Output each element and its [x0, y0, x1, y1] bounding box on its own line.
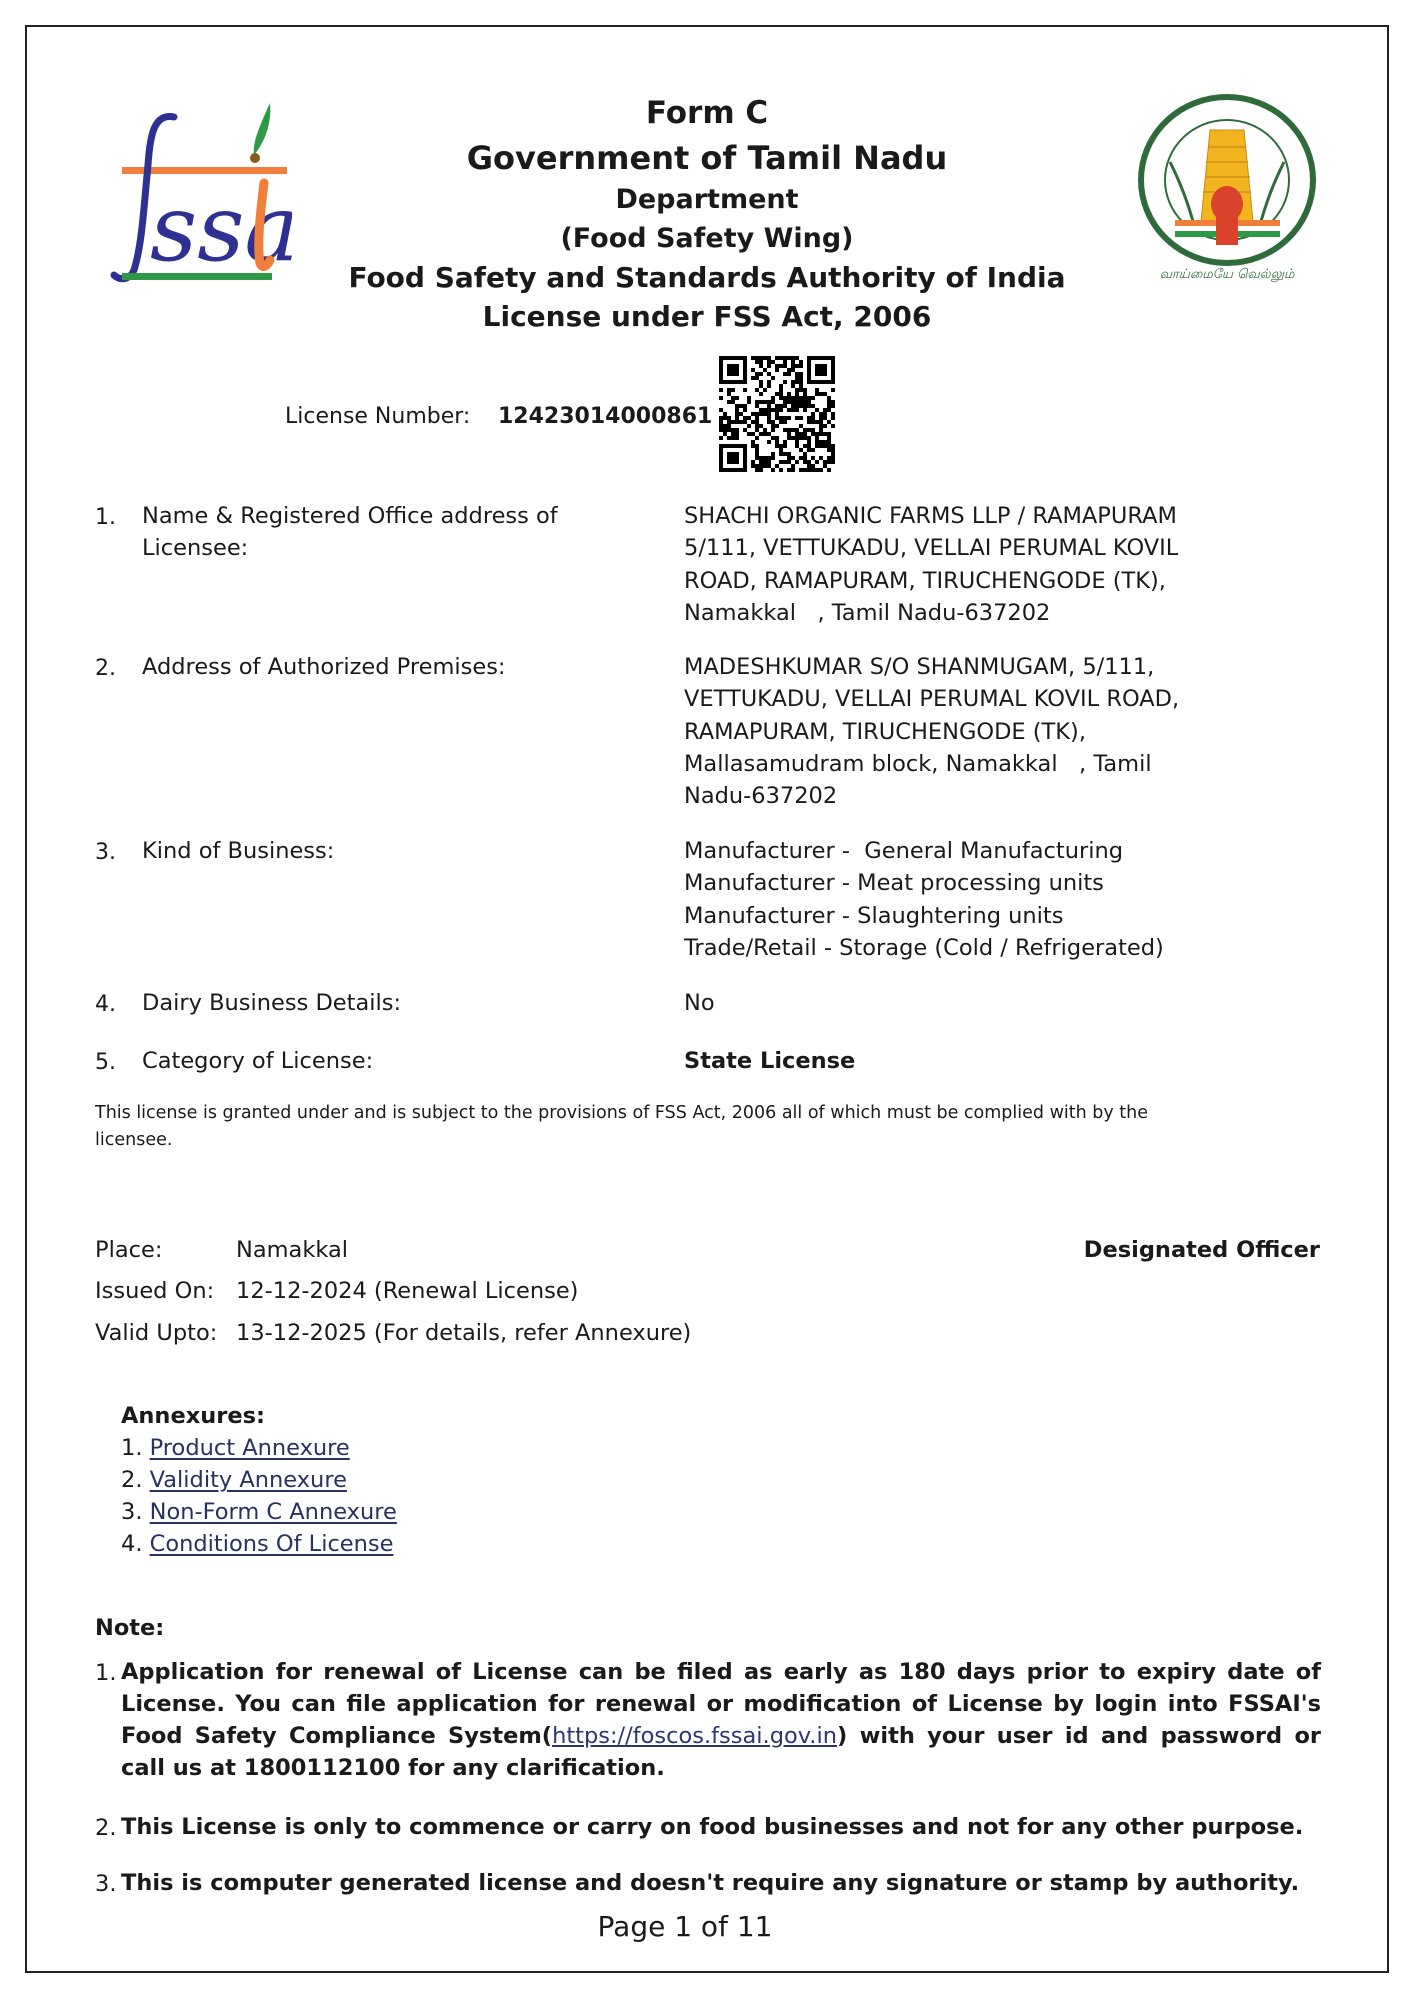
annexure-item-validity: 2. Validity Annexure	[121, 1467, 347, 1493]
conditions-of-license-link[interactable]: Conditions Of License	[150, 1531, 394, 1557]
note-1-number: 1.	[95, 1660, 116, 1686]
note-2-number: 2.	[95, 1815, 116, 1841]
value-line: Nadu-637202	[684, 780, 1224, 812]
note-1-text: Application for renewal of License can b…	[121, 1656, 1321, 1784]
non-form-c-annexure-link[interactable]: Non-Form C Annexure	[150, 1499, 397, 1525]
value-line: VETTUKADU, VELLAI PERUMAL KOVIL ROAD,	[684, 683, 1224, 715]
note-2-text: This License is only to commence or carr…	[121, 1811, 1321, 1843]
field-3-label: Kind of Business:	[142, 835, 602, 867]
annexure-item-product: 1. Product Annexure	[121, 1435, 350, 1461]
field-1-label: Name & Registered Office address of Lice…	[142, 500, 602, 564]
value-line: MADESHKUMAR S/O SHANMUGAM, 5/111,	[684, 651, 1224, 683]
authority-title: Food Safety and Standards Authority of I…	[340, 264, 1074, 292]
value-line: ROAD, RAMAPURAM, TIRUCHENGODE (TK),	[684, 565, 1224, 597]
kind-of-business: Manufacturer - General Manufacturing Man…	[684, 835, 1224, 964]
field-4-number: 4.	[95, 992, 116, 1017]
qr-code	[719, 356, 835, 472]
page-number: Page 1 of 11	[0, 1910, 1370, 1943]
wing-title: (Food Safety Wing)	[340, 225, 1074, 252]
note-3-number: 3.	[95, 1871, 116, 1897]
designated-officer: Designated Officer	[1084, 1237, 1320, 1263]
dairy-business-value: No	[684, 987, 1224, 1019]
foscos-link[interactable]: https://foscos.fssai.gov.in	[552, 1723, 837, 1749]
tamil-nadu-emblem: வாய்மையே வெல்லும்	[1130, 92, 1325, 287]
place-label: Place:	[95, 1237, 162, 1263]
issued-on-value: 12-12-2024 (Renewal License)	[236, 1278, 578, 1304]
document-header: Form C Government of Tamil Nadu Departme…	[340, 98, 1074, 331]
annexures-title: Annexures:	[121, 1403, 265, 1429]
licensee-address: SHACHI ORGANIC FARMS LLP / RAMAPURAM 5/1…	[684, 500, 1224, 629]
value-line: 5/111, VETTUKADU, VELLAI PERUMAL KOVIL	[684, 532, 1224, 564]
annexure-number: 1.	[121, 1435, 142, 1461]
annexure-number: 4.	[121, 1531, 142, 1557]
value-line: SHACHI ORGANIC FARMS LLP / RAMAPURAM	[684, 500, 1224, 532]
field-3-number: 3.	[95, 840, 116, 865]
business-kind: Manufacturer - Slaughtering units	[684, 900, 1224, 932]
form-title: Form C	[340, 98, 1074, 129]
field-1-number: 1.	[95, 505, 116, 530]
license-number-label: License Number:	[285, 404, 470, 429]
annexure-number: 2.	[121, 1467, 142, 1493]
annexure-number: 3.	[121, 1499, 142, 1525]
field-2-label: Address of Authorized Premises:	[142, 651, 602, 683]
business-kind: Manufacturer - General Manufacturing	[684, 835, 1224, 867]
fssai-logo: ssa	[92, 95, 292, 290]
value-line: Namakkal , Tamil Nadu-637202	[684, 597, 1224, 629]
license-category: State License	[684, 1045, 1224, 1077]
business-kind: Trade/Retail - Storage (Cold / Refrigera…	[684, 932, 1224, 964]
value-line: RAMAPURAM, TIRUCHENGODE (TK),	[684, 716, 1224, 748]
license-number: 12423014000861	[498, 404, 712, 429]
field-5-label: Category of License:	[142, 1045, 602, 1077]
annexure-item-conditions: 4. Conditions Of License	[121, 1531, 393, 1557]
field-5-number: 5.	[95, 1050, 116, 1075]
annexure-item-non-form-c: 3. Non-Form C Annexure	[121, 1499, 397, 1525]
svg-text:வாய்மையே வெல்லும்: வாய்மையே வெல்லும்	[1160, 267, 1295, 283]
issued-on-label: Issued On:	[95, 1278, 214, 1304]
product-annexure-link[interactable]: Product Annexure	[150, 1435, 350, 1461]
valid-upto-value: 13-12-2025 (For details, refer Annexure)	[236, 1320, 691, 1346]
value-line: Mallasamudram block, Namakkal , Tamil	[684, 748, 1224, 780]
government-title: Government of Tamil Nadu	[340, 142, 1074, 174]
valid-upto-label: Valid Upto:	[95, 1320, 217, 1346]
note-title: Note:	[95, 1615, 164, 1641]
business-kind: Manufacturer - Meat processing units	[684, 867, 1224, 899]
field-4-label: Dairy Business Details:	[142, 987, 602, 1019]
premises-address: MADESHKUMAR S/O SHANMUGAM, 5/111, VETTUK…	[684, 651, 1224, 812]
field-2-number: 2.	[95, 656, 116, 681]
department-title: Department	[340, 186, 1074, 213]
act-title: License under FSS Act, 2006	[340, 303, 1074, 331]
place-value: Namakkal	[236, 1237, 348, 1263]
validity-annexure-link[interactable]: Validity Annexure	[150, 1467, 347, 1493]
note-3-text: This is computer generated license and d…	[121, 1867, 1321, 1899]
grant-statement: This license is granted under and is sub…	[95, 1100, 1195, 1154]
